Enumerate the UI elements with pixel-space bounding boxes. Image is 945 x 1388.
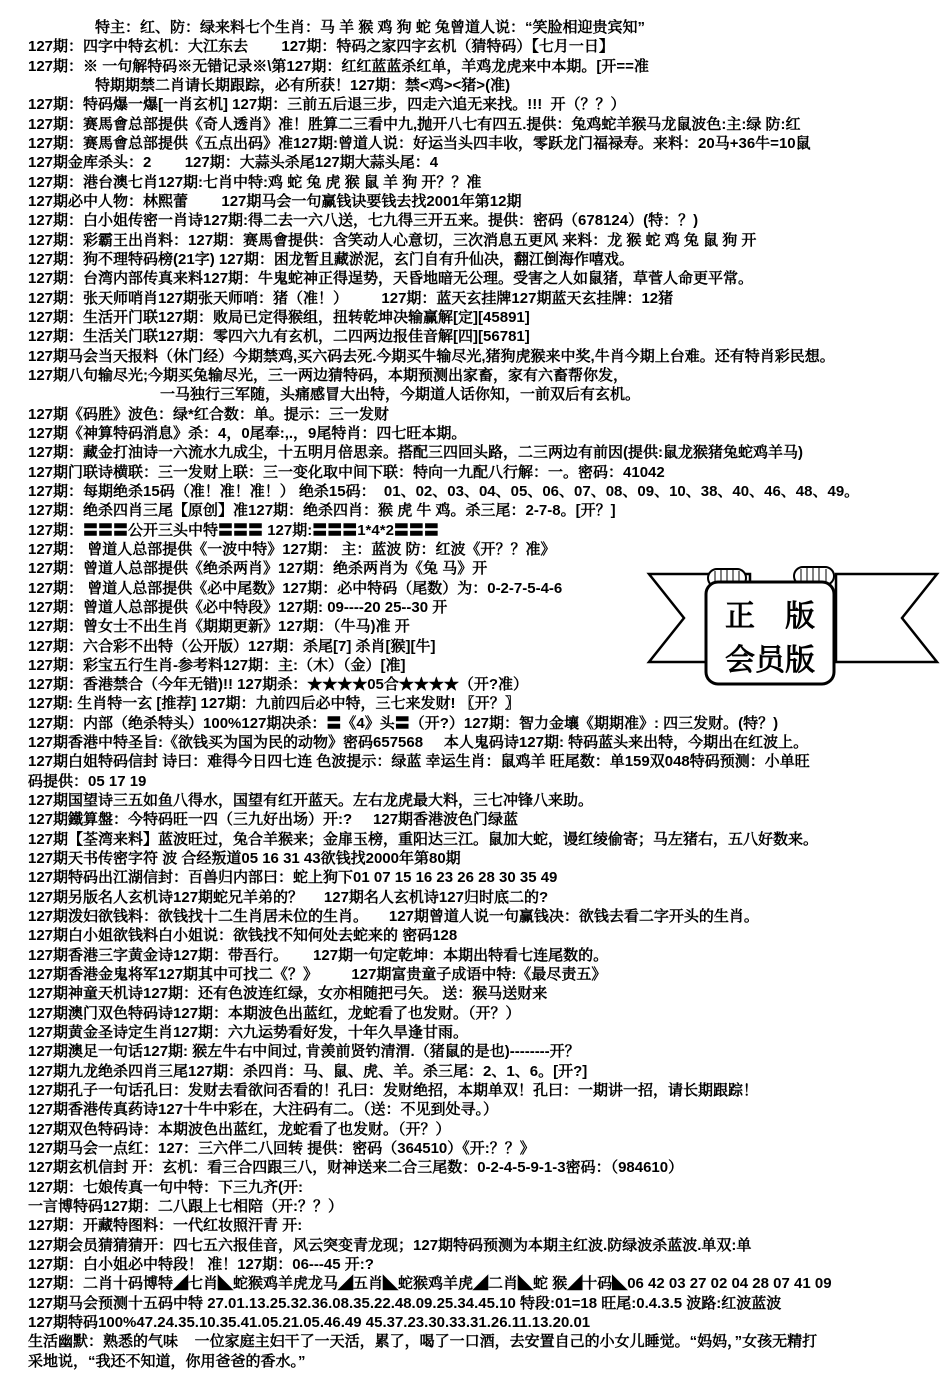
text-line: 127期《神算特码消息》杀：4，0尾奉:,.，9尾特肖：四七旺本期。: [28, 424, 945, 443]
text-line: 127期：特码爆一爆[一肖玄机] 127期：三前五后退三步，四走六追无来找。!!…: [28, 95, 945, 114]
text-line: 127期：开藏特图料：一代红妆照汗青 开:: [28, 1216, 945, 1235]
text-line: 127期：彩霸王出肖料：127期：赛馬會提供：含笑动人心意切，三次消息五更风 来…: [28, 231, 945, 250]
text-line: 127期：〓〓〓公开三头中特〓〓〓 127期:〓〓〓1*4*2〓〓〓: [28, 521, 945, 540]
text-line: 127期马会当天报料（休门经）今期禁鸡,买六码去死.今期买牛输尽光,猪狗虎猴来中…: [28, 347, 945, 366]
text-line: 127期：生活关门联127期：零四六九有玄机，二四两边报佳音解[四][56781…: [28, 327, 945, 346]
text-line: 127期香港中特圣旨:《欲钱买为国为民的动物》密码657568 本人鬼码诗127…: [28, 733, 945, 752]
text-line: 127期《码胜》波色：绿*红合数：单。提示：三一发财: [28, 405, 945, 424]
text-line: 127期：赛馬會总部提供《五点出码》准127期:曾道人说：好运当头四丰收，零跃龙…: [28, 134, 945, 153]
text-line: 127期天书传密字符 波 合经叛道05 16 31 43欲钱找2000年第80期: [28, 849, 945, 868]
text-line: 127期另版名人玄机诗127期蛇兄羊弟的？ 127期名人玄机诗127归时底二的?: [28, 888, 945, 907]
text-line: 127期必中人物：林熙蕾 127期马会一句赢钱诀要钱去找2001年第12期: [28, 192, 945, 211]
text-line: 127期门联诗横联：三一发财上联：三一变化取中间下联：特向一九配八行解：一。密码…: [28, 463, 945, 482]
text-line: 127期：张天师哨肖127期张天师哨：猪（准！） 127期：蓝天玄挂牌127期蓝…: [28, 289, 945, 308]
text-line: 127期鐵算盤：今特码旺一四（三九好出场）开:? 127期香港波色门绿蓝: [28, 810, 945, 829]
text-line: 127期香港金鬼将军127期其中可找二《？》 127期富贵童子成语中特:《最尽责…: [28, 965, 945, 984]
text-line: 127期：狗不理特码榜(21字) 127期：困龙暂且藏淤泥，玄门自有升仙决，翻江…: [28, 250, 945, 269]
text-line: 127期孔子一句话孔曰：发财去看欲问否看的！孔曰：发财绝招，本期单双！孔曰：一期…: [28, 1081, 945, 1100]
text-line: 127期神童天机诗127期：还有色波连红绿，女亦相随把弓矢。 送：猴马送财来: [28, 984, 945, 1003]
banner-text-line2: 会员版: [725, 644, 815, 677]
text-line: 127期：藏金打油诗一六流水九成尘，十五明月倍思亲。搭配三四回头路，二三两边有前…: [28, 443, 945, 462]
text-line: 127期：赛馬會总部提供《奇人透肖》准！胜算二三看中九,抛开八七有四五.提供：兔…: [28, 115, 945, 134]
text-line: 127期玄机信封 开：玄机：看三合四跟三八，财神送来二合三尾数：0-2-4-5-…: [28, 1158, 945, 1177]
lines: 特主：红、防：绿来料七个生肖：马 羊 猴 鸡 狗 蛇 兔曾道人说：“笑脸相迎贵宾…: [28, 18, 945, 1371]
banner-text-line1: 正 版: [725, 600, 815, 633]
text-line: 127期金库杀头：2 127期：大蒜头杀尾127期大蒜头尾：4: [28, 153, 945, 172]
lottery-tip-sheet: 特主：红、防：绿来料七个生肖：马 羊 猴 鸡 狗 蛇 兔曾道人说：“笑脸相迎贵宾…: [0, 0, 945, 1388]
text-line: 127期：※ 一句解特码※无错记录※\第127期：红红蓝蓝杀红单，羊鸡龙虎来中本…: [28, 57, 945, 76]
text-line: 127期： 曾道人总部提供《一波中特》127期： 主：蓝波 防：红波《开？？准》: [28, 540, 945, 559]
text-line: 127期九龙绝杀四肖三尾127期：杀四肖：马、鼠、虎、羊。杀三尾：2、1、6。[…: [28, 1062, 945, 1081]
text-line: 采地说，“我还不知道，你用爸爸的香水。”: [28, 1352, 945, 1371]
text-line: 127期：绝杀四肖三尾【原创】准127期：绝杀四肖：猴 虎 牛 鸡。杀三尾：2-…: [28, 501, 945, 520]
text-line: 127期白姐特码信封 诗曰：难得今日四七连 色波提示：绿蓝 幸运生肖：鼠鸡羊 旺…: [28, 752, 945, 771]
text-line: 127期：每期绝杀15码（准！准！准！） 绝杀15码： 01、02、03、04、…: [28, 482, 945, 501]
text-line: 127期：白小姐必中特段！ 准！127期：06---45 开:?: [28, 1255, 945, 1274]
text-line: 127期香港传真药诗127十牛中彩在，大注码有二。（送：不见到处寻。）: [28, 1100, 945, 1119]
member-edition-banner: 正 版 会员版: [642, 558, 944, 690]
text-line: 一言博特码127期：二八跟上七相陪（开:？？）: [28, 1197, 945, 1216]
text-line: 127期澳足一句话127期: 猴左牛右中间过, 肯羡前贤钓清渭.（猪鼠的是也)-…: [28, 1042, 945, 1061]
text-line: 127期八句输尽光;今期买兔输尽光，三一两边猜特码，本期预测出家畜，家有六畜帮你…: [28, 366, 945, 385]
text-line: 127期：七娘传真一句中特：下三九齐(开:: [28, 1178, 945, 1197]
text-line: 127期国望诗三五如鱼八得水，国望有红开蓝天。左右龙虎最大料，三七冲锋八来助。: [28, 791, 945, 810]
text-line: 127期：白小姐传密一肖诗127期:得二去一六八送，七九得三开五来。提供：密码（…: [28, 211, 945, 230]
ribbon-right-tail: [836, 574, 937, 662]
text-line: 127期澳门双色特码诗127期：本期波色出蓝红，龙蛇看了也发财。（开？）: [28, 1004, 945, 1023]
text-line: 127期：二肖十码博特◢七肖◣蛇猴鸡羊虎龙马◢五肖◣蛇猴鸡羊虎◢二肖◣蛇 猴◢十…: [28, 1274, 945, 1293]
text-line: 127期马会一点红：127：三六伴二八回转 提供：密码（364510）《开:？？…: [28, 1139, 945, 1158]
text-line: 127期【荃湾来料】蓝波旺过，兔合羊猴来；金扉玉榜，重阳达三江。鼠加大蛇，谩红绫…: [28, 830, 945, 849]
text-line: 127期香港三字黄金诗127期：带吾行。 127期一句定乾坤：本期出特看七连尾数…: [28, 946, 945, 965]
text-line: 127期：港台澳七肖127期:七肖中特:鸡 蛇 兔 虎 猴 鼠 羊 狗 开？？准: [28, 173, 945, 192]
text-line: 127期特码出江湖信封：百兽归内部曰：蛇上狗下01 07 15 16 23 26…: [28, 868, 945, 887]
text-line: 127期：台湾内部传真来料127期：牛鬼蛇神正得逞势，天昏地暗无公理。受害之人如…: [28, 269, 945, 288]
text-line: 127期马会预测十五码中特 27.01.13.25.32.36.08.35.22…: [28, 1294, 945, 1313]
text-line: 生活幽默：熟悉的气味 一位家庭主妇干了一天活，累了，喝了一口酒，去安置自己的小女…: [28, 1332, 945, 1351]
text-line: 127期：生活开门联127期：败局已定得猴组，扭转乾坤决输赢解[定][45891…: [28, 308, 945, 327]
text-line: 127期特码100%47.24.35.10.35.41.05.21.05.46.…: [28, 1313, 945, 1332]
text-line: 127期会员猜猜猜开：四七五六报佳音，风云突变青龙现；127期特码预测为本期主红…: [28, 1236, 945, 1255]
text-line: 127期泼妇欲钱料：欲钱找十二生肖居未位的生肖。 127期曾道人说一句赢钱决：欲…: [28, 907, 945, 926]
text-line: 127期双色特码诗：本期波色出蓝红，龙蛇看了也发财。（开？）: [28, 1120, 945, 1139]
text-line: 一马独行三军随，头痛感冒大出特，今期道人话你知，一前双后有玄机。: [28, 385, 945, 404]
text-line: 127期：四字中特玄机：大江东去 127期：特码之家四字玄机（猜特码）【七月一日…: [28, 37, 945, 56]
text-line: 特主：红、防：绿来料七个生肖：马 羊 猴 鸡 狗 蛇 兔曾道人说：“笑脸相迎贵宾…: [28, 18, 945, 37]
text-line: 127期黄金圣诗定生肖127期：六九运势看好发，十年久旱逢甘雨。: [28, 1023, 945, 1042]
text-line: 127期白小姐欲钱料白小姐说：欲钱找不知何处去蛇来的 密码128: [28, 926, 945, 945]
text-line: 特期期禁二肖请长期跟踪，必有所获！127期：禁<鸡><猪>(准): [28, 76, 945, 95]
text-line: 127期: 生肖特一玄 [推荐] 127期：九前四后必中特，三七来发财! 〖开？…: [28, 694, 945, 713]
text-line: 码提供：05 17 19: [28, 772, 945, 791]
text-line: 127期：内部（绝杀特头）100%127期决杀：〓《4》头〓（开?）127期：智…: [28, 714, 945, 733]
